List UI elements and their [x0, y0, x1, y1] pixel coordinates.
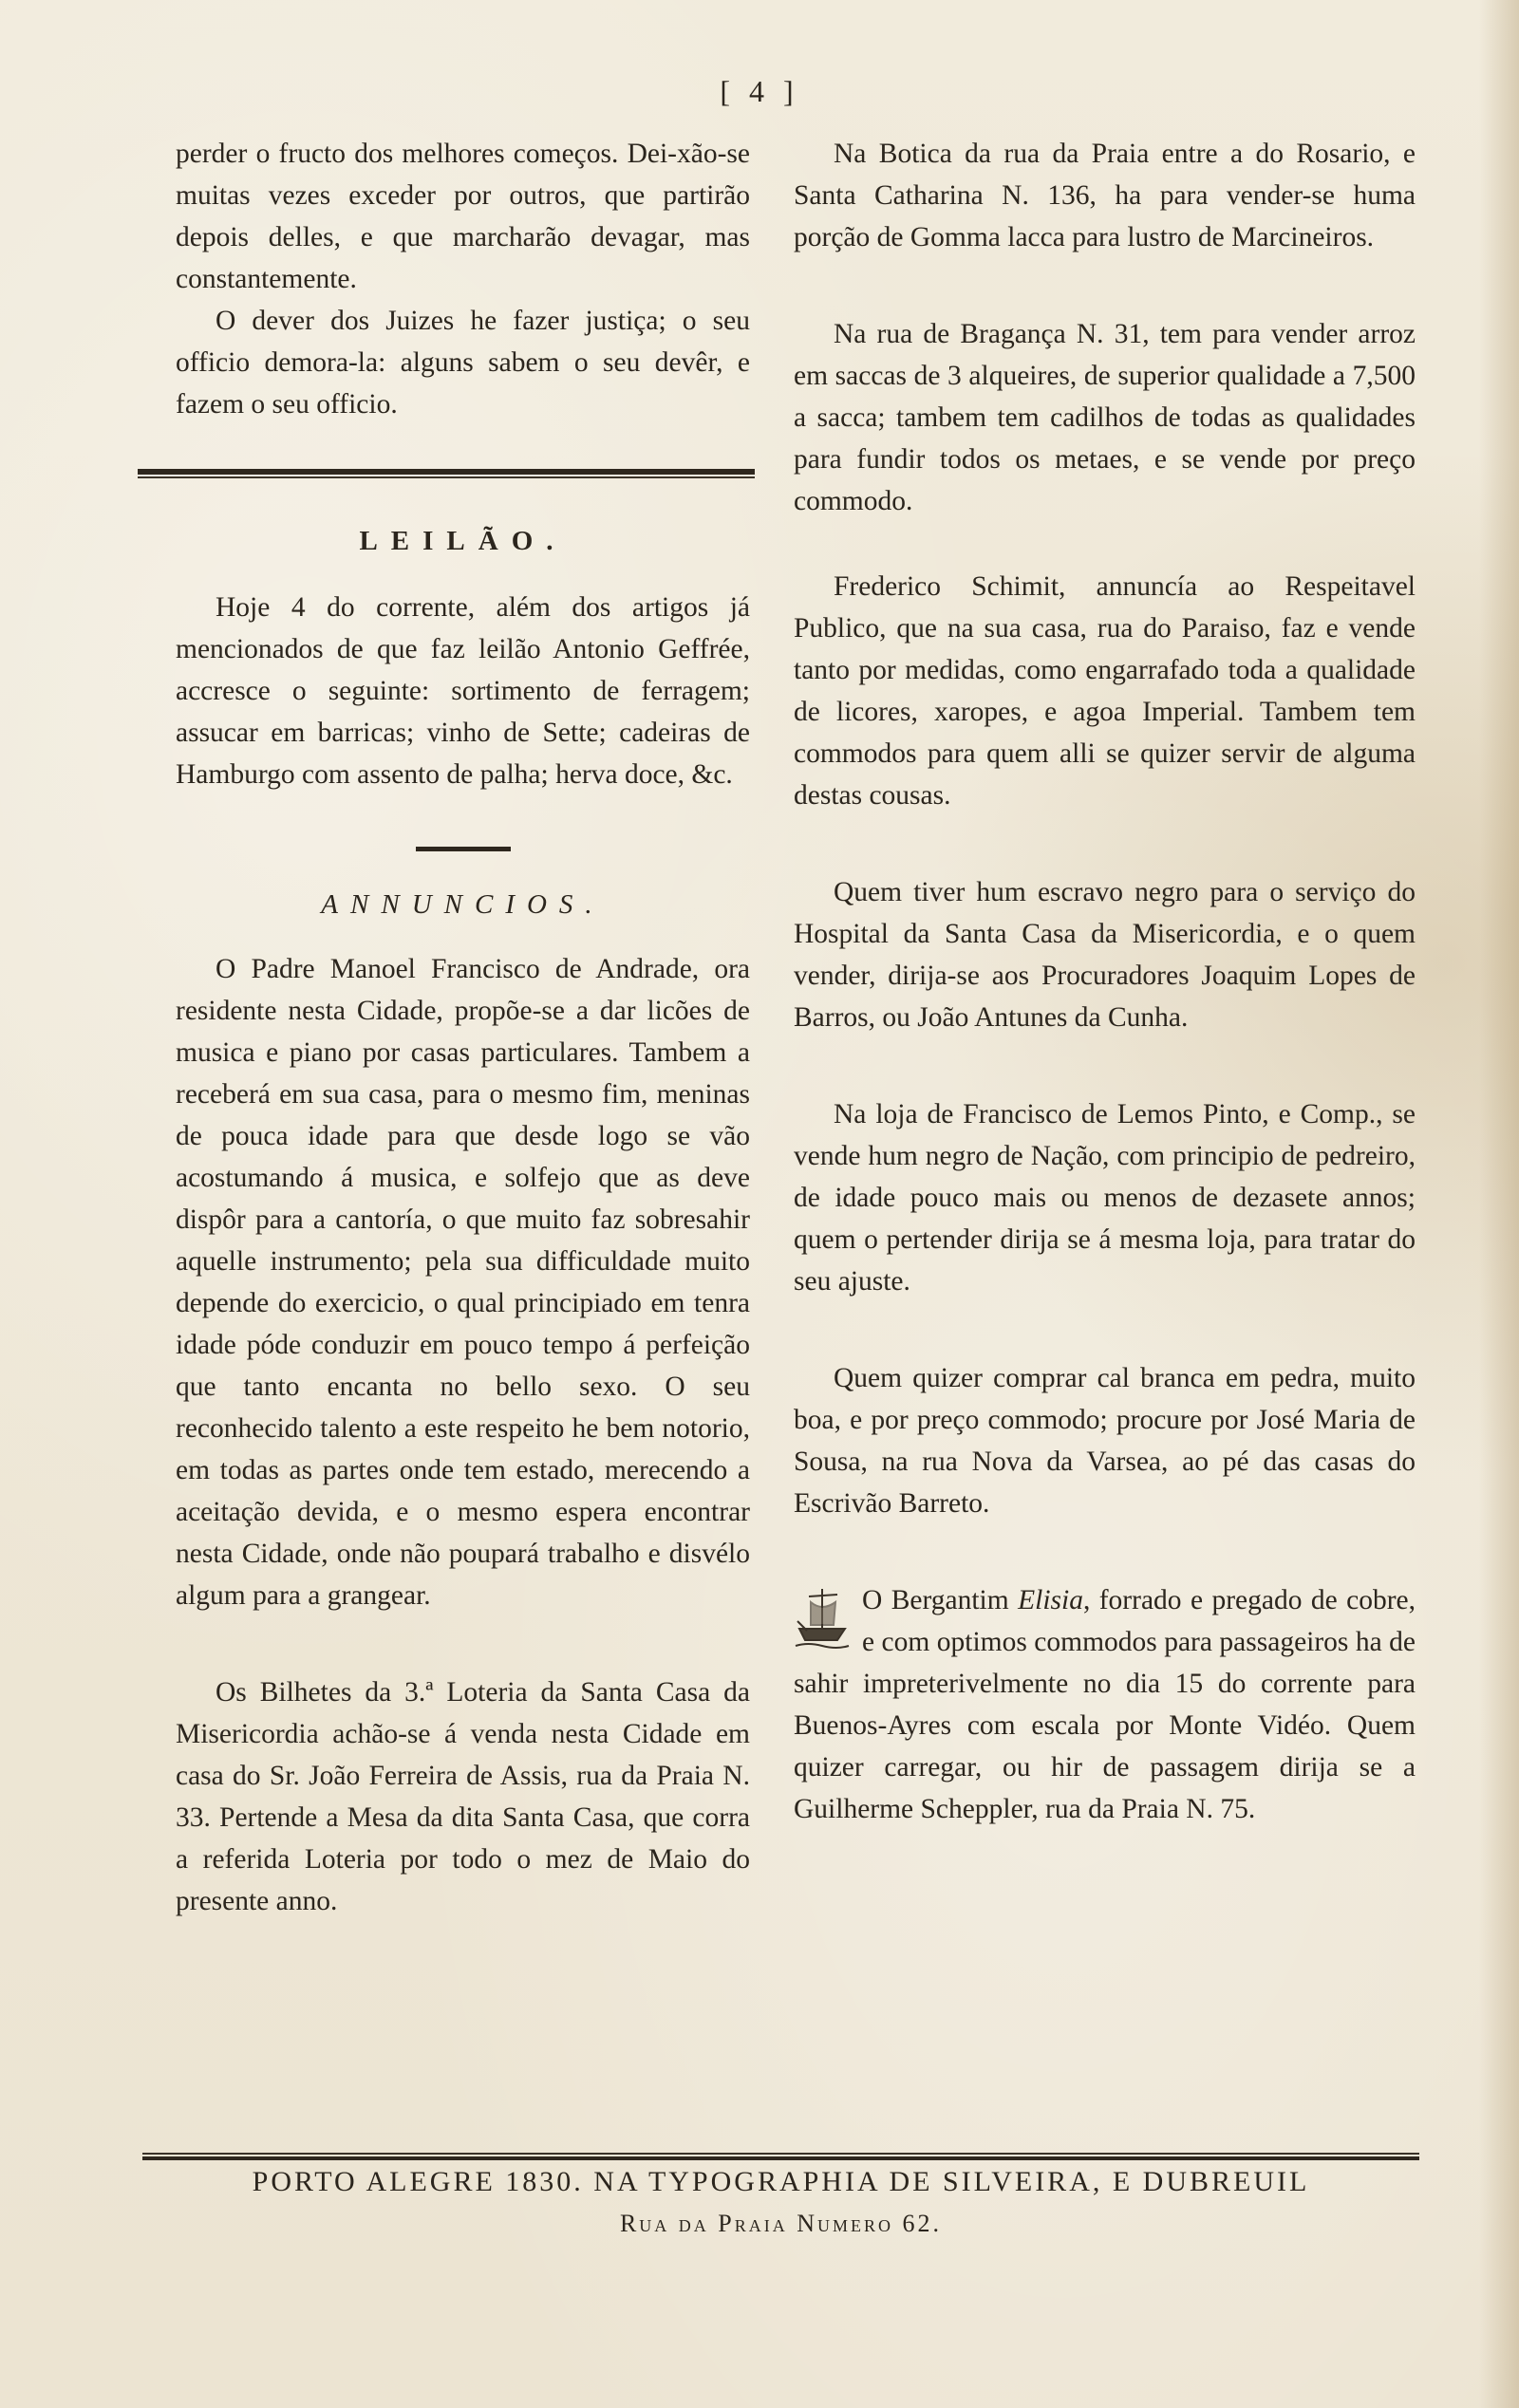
ad-lottery-tickets: Os Bilhetes da 3.ª Loteria da Santa Casa…	[176, 1671, 750, 1922]
ad-frederico-schimit-licores: Frederico Schimit, annuncía ao Respeitav…	[794, 566, 1416, 816]
page-number: [ 4 ]	[703, 74, 816, 109]
right-column: Na Botica da rua da Praia entre a do Ros…	[794, 133, 1416, 1830]
section-divider	[138, 469, 755, 478]
ad-cal-branca: Quem quizer comprar cal branca em pedra,…	[794, 1357, 1416, 1524]
ship-ad-text-body: , forrado e pregado de cobre, e com opti…	[794, 1585, 1416, 1824]
printer-address: Rua da Praia Numero 62.	[142, 2210, 1419, 2238]
ad-loja-lemos-pinto: Na loja de Francisco de Lemos Pinto, e C…	[794, 1093, 1416, 1302]
footer-divider	[142, 2153, 1419, 2160]
ship-icon	[794, 1583, 851, 1653]
continued-paragraph: perder o fructo dos melhores começos. De…	[176, 133, 750, 300]
newspaper-page: [ 4 ] perder o fructo dos melhores começ…	[0, 0, 1519, 2408]
ad-escravo-hospital: Quem tiver hum escravo negro para o serv…	[794, 871, 1416, 1038]
section-title-leilao: LEILÃO.	[176, 520, 750, 562]
ad-arroz-braganca: Na rua de Bragança N. 31, tem para vende…	[794, 313, 1416, 522]
ship-name: Elisia	[1018, 1585, 1083, 1615]
short-divider	[416, 847, 511, 851]
page-edge-stain	[1479, 0, 1519, 2408]
printer-imprint: PORTO ALEGRE 1830. NA TYPOGRAPHIA DE SIL…	[142, 2166, 1419, 2198]
leilao-text: Hoje 4 do corrente, além dos artigos já …	[176, 587, 750, 795]
left-column: perder o fructo dos melhores começos. De…	[176, 133, 750, 1922]
paragraph-juizes: O dever dos Juizes he fazer justiça; o s…	[176, 300, 750, 425]
ad-bergantim-elisia: O Bergantim Elisia, forrado e pregado de…	[794, 1579, 1416, 1830]
ship-ad-text-prefix: O Bergantim	[862, 1585, 1018, 1615]
ad-botica-gomma-lacca: Na Botica da rua da Praia entre a do Ros…	[794, 133, 1416, 258]
section-title-annuncios: ANNUNCIOS.	[176, 884, 750, 925]
ship-ad-text: O Bergantim Elisia, forrado e pregado de…	[794, 1579, 1416, 1830]
ad-music-lessons: O Padre Manoel Francisco de Andrade, ora…	[176, 948, 750, 1616]
